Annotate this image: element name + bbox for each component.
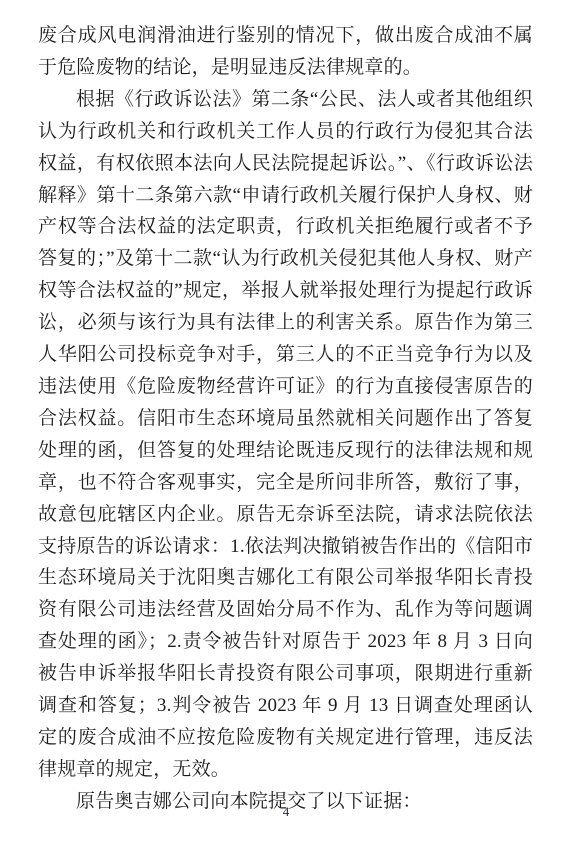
paragraph-conclusion-continuation: 废合成风电润滑油进行鉴别的情况下，做出废合成油不属于危险废物的结论，是明显违反法… (38, 20, 533, 84)
paragraph-legal-basis-and-claims: 根据《行政诉讼法》第二条“公民、法人或者其他组织认为行政机关和行政机关工作人员的… (38, 84, 533, 786)
document-page: 废合成风电润滑油进行鉴别的情况下，做出废合成油不属于危险废物的结论，是明显违反法… (0, 0, 572, 854)
document-body: 废合成风电润滑油进行鉴别的情况下，做出废合成油不属于危险废物的结论，是明显违反法… (38, 20, 533, 818)
page-number: 4 (0, 803, 572, 821)
